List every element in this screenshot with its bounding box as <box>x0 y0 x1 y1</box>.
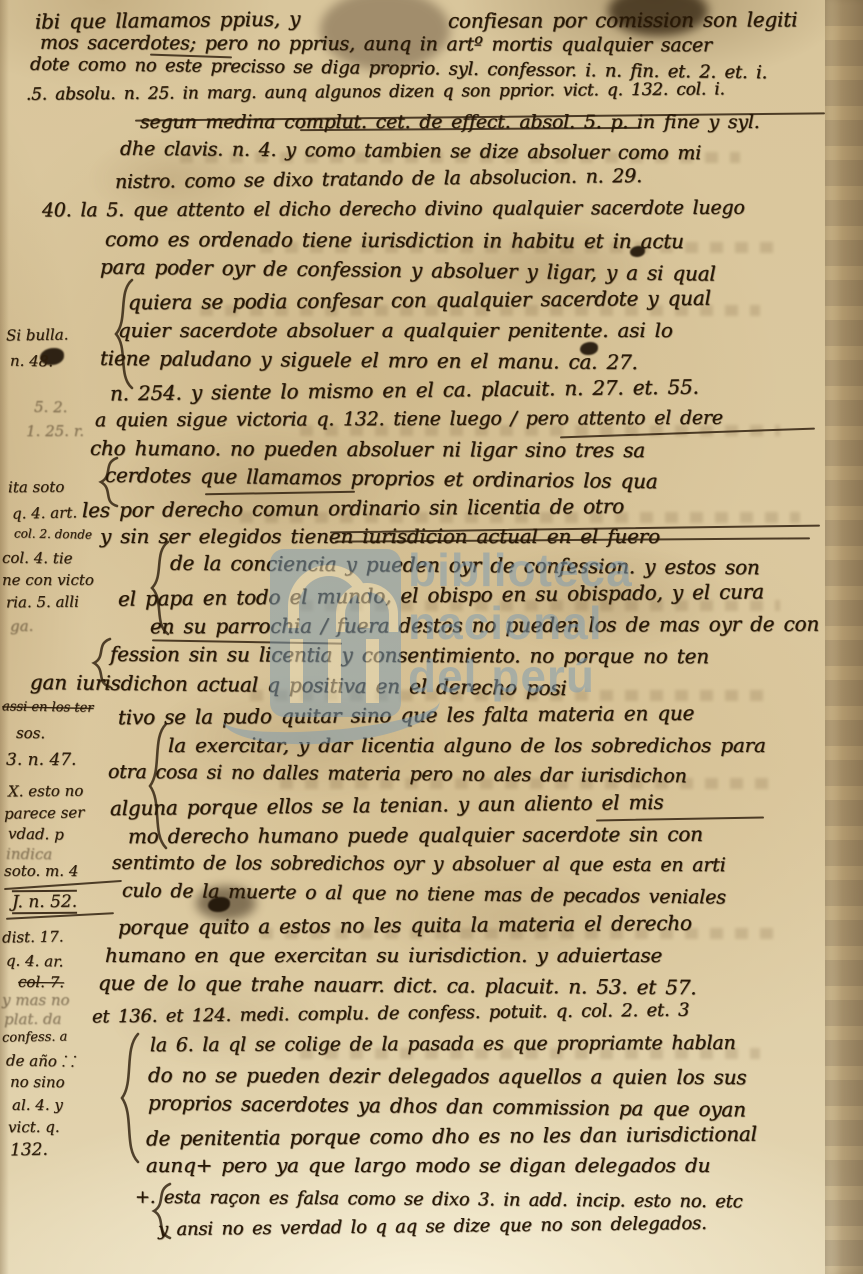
margin-note: vdad. p <box>8 825 64 844</box>
manuscript-line: como es ordenado tiene iurisdiction in h… <box>105 227 684 253</box>
margin-note: ria. 5. alli <box>6 593 79 612</box>
margin-note: J. n. 52. <box>12 890 77 915</box>
manuscript-line: para poder oyr de confession y absoluer … <box>100 254 716 285</box>
manuscript-line: otra cosa si no dalles materia pero no a… <box>108 761 687 787</box>
manuscript-line: gan iurisdichon actual q positiva en el … <box>30 670 567 700</box>
manuscript-line: que de lo que trahe nauarr. dict. ca. pl… <box>98 971 697 1000</box>
manuscript-line: la exercitar, y dar licentia alguno de l… <box>168 733 766 757</box>
manuscript-line: les por derecho comun ordinario sin lice… <box>82 494 624 522</box>
manuscript-line: alguna porque ellos se la tenian. y aun … <box>110 790 664 820</box>
manuscript-page: { "watermark": { "line1": "biblioteca", … <box>0 0 863 1274</box>
manuscript-line: porque quito a estos no les quita la mat… <box>118 911 692 939</box>
manuscript-line: proprios sacerdotes ya dhos dan commissi… <box>148 1091 746 1122</box>
margin-note: sos. <box>16 724 45 742</box>
manuscript-line: fession sin su licentia y consentimiento… <box>110 642 709 668</box>
manuscript-line: 40. la 5. que attento el dicho derecho d… <box>42 197 745 222</box>
margin-note: q. 4. art. <box>12 503 77 522</box>
margin-note: dist. 17. <box>2 927 64 946</box>
margin-note: confess. a <box>2 1029 68 1045</box>
manuscript-line: n. 254. y siente lo mismo en el ca. plac… <box>110 375 699 406</box>
page-right-edge <box>825 0 863 1274</box>
margin-note: indica <box>6 845 52 863</box>
manuscript-line: segun medina complut. cet. de effect. ab… <box>140 111 760 133</box>
manuscript-line: a quien sigue victoria q. 132. tiene lue… <box>95 407 723 431</box>
manuscript-line: do no se pueden dezir delegados aquellos… <box>148 1063 747 1089</box>
manuscript-line: ibi que llamamos ppius, y <box>35 6 300 33</box>
margin-note: y mas no <box>2 991 70 1009</box>
margin-note: vict. q. <box>8 1118 60 1136</box>
manuscript-line: mos sacerdotes; pero no pprius, aunq in … <box>40 32 712 57</box>
underline-stroke <box>205 491 355 496</box>
manuscript-line: en su parrochia / fuera destos no pueden… <box>150 612 819 639</box>
margin-note: soto. m. 4 <box>4 862 78 880</box>
margin-note: col. 4. tie <box>2 549 73 568</box>
manuscript-line: sentimto de los sobredichos oyr y absolu… <box>112 852 726 876</box>
manuscript-line: cho humano. no pueden absoluer ni ligar … <box>90 436 645 462</box>
margin-note: Si bulla. <box>6 325 69 344</box>
margin-note: 1. 25. r. <box>26 422 84 440</box>
margin-note: col. 2. donde <box>14 526 92 541</box>
manuscript-line: .5. absolu. n. 25. in marg. aunq algunos… <box>26 79 725 104</box>
manuscript-line: humano en que exercitan su iurisdiction.… <box>105 943 662 967</box>
margin-note: q. 4. ar. <box>6 952 64 971</box>
margin-note: ga. <box>10 617 34 635</box>
margin-note: n. 48. <box>10 352 53 371</box>
manuscript-line: nistro. como se dixo tratando de la abso… <box>115 165 642 193</box>
manuscript-line: y ansi no es verdad lo q aq se dize que … <box>158 1213 707 1240</box>
manuscript-line: quiera se podia confesar con qualquier s… <box>128 286 711 314</box>
manuscript-line: cerdotes que llamamos proprios et ordina… <box>105 463 658 493</box>
manuscript-line: confiesan por comission son legiti <box>448 7 797 32</box>
manuscript-line: aunq+ pero ya que largo modo se digan de… <box>146 1153 710 1177</box>
manuscript-line: y sin ser elegidos tienen iurisdicion ac… <box>100 524 660 548</box>
manuscript-line: mo derecho humano puede qualquier sacerd… <box>128 822 703 848</box>
margin-note: no sino <box>10 1073 65 1091</box>
margin-note: ne con victo <box>2 571 94 589</box>
manuscript-line: quier sacerdote absoluer a qualquier pen… <box>118 318 673 342</box>
margin-note: de año ⸬ <box>6 1050 74 1071</box>
brace-flourish <box>118 1032 142 1164</box>
margin-note: 132. <box>10 1140 48 1161</box>
margin-note: X. esto no <box>8 782 83 801</box>
manuscript-line: tiene paludano y siguele el mro en el ma… <box>100 346 638 374</box>
margin-note: ita soto <box>8 478 64 496</box>
margin-note: col. 7. <box>18 973 64 991</box>
manuscript-line: la 6. la ql se colige de la pasada es qu… <box>150 1032 736 1056</box>
page-left-edge <box>0 0 9 1274</box>
manuscript-line: de la conciencia y pueden oyr de confess… <box>170 551 760 580</box>
manuscript-line: dhe clavis. n. 4. y como tambien se dize… <box>120 138 701 164</box>
manuscript-line: +. esta raçon es falsa como se dixo 3. i… <box>135 1187 743 1213</box>
margin-note: 3. n. 47. <box>6 750 76 770</box>
manuscript-line: tivo se la pudo quitar sino que les falt… <box>118 701 694 729</box>
margin-note: parece ser <box>4 803 85 822</box>
margin-note: plat. da <box>4 1010 62 1029</box>
margin-note: 5. 2. <box>34 398 68 416</box>
manuscript-line: dote como no este precisso se diga propr… <box>30 54 767 83</box>
margin-note: al. 4. y <box>12 1096 63 1114</box>
manuscript-line: de penitentia porque como dho es no les … <box>146 1122 757 1151</box>
margin-note: assi en los ter <box>2 699 94 716</box>
manuscript-line: et 136. et 124. medi. complu. de confess… <box>92 1000 690 1028</box>
